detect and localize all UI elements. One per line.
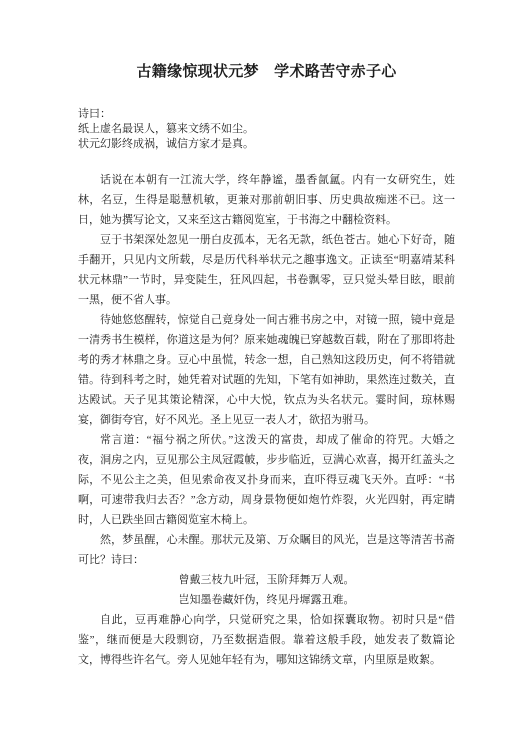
paragraph-4: 常言道：“福兮祸之所伏。”这泼天的富贵，却成了催命的符咒。大婚之夜，洞房之内，豆…: [78, 430, 455, 530]
page-title: 古籍缘惊现状元梦 学术路苦守赤子心: [78, 62, 455, 83]
paragraph-1: 话说在本朝有一江流大学，终年静谧，墨香氤氲。内有一女研究生，姓林，名豆，生得是聪…: [78, 170, 455, 230]
opening-verse: 诗曰： 纸上虚名最误人，篡来文绣不如尘。 状元幻影终成祸，诚信方家才是真。: [78, 107, 455, 152]
paragraph-5: 然，梦虽醒，心未醒。那状元及第、万众瞩目的风光，岂是这等清苦书斋可比？诗曰：: [78, 530, 455, 570]
paragraph-3: 待她悠悠醒转，惊觉自己竟身处一间古雅书房之中，对镜一照，镜中竟是一清秀书生模样，…: [78, 310, 455, 430]
mid-poem-line-1: 曾戴三枝九叶冠，玉阶拜舞万人观。: [78, 570, 455, 590]
paragraph-2: 豆于书架深处忽见一册白皮孤本，无名无款，纸色苍古。她心下好奇，随手翻开，只见内文…: [78, 230, 455, 310]
opening-verse-line-1: 纸上虚名最误人，篡来文绣不如尘。: [78, 122, 455, 137]
document-page: 古籍缘惊现状元梦 学术路苦守赤子心 诗曰： 纸上虚名最误人，篡来文绣不如尘。 状…: [0, 0, 532, 752]
mid-poem-line-2: 岂知墨卷藏奸伪，终见丹墀露丑难。: [78, 590, 455, 610]
paragraph-6: 自此，豆再难静心向学，只觉研究之果，恰如探囊取物。初时只是“借鉴”，继而便是大段…: [78, 610, 455, 670]
mid-poem: 曾戴三枝九叶冠，玉阶拜舞万人观。 岂知墨卷藏奸伪，终见丹墀露丑难。: [78, 570, 455, 610]
opening-verse-line-2: 状元幻影终成祸，诚信方家才是真。: [78, 137, 455, 152]
opening-verse-label: 诗曰：: [78, 107, 455, 122]
